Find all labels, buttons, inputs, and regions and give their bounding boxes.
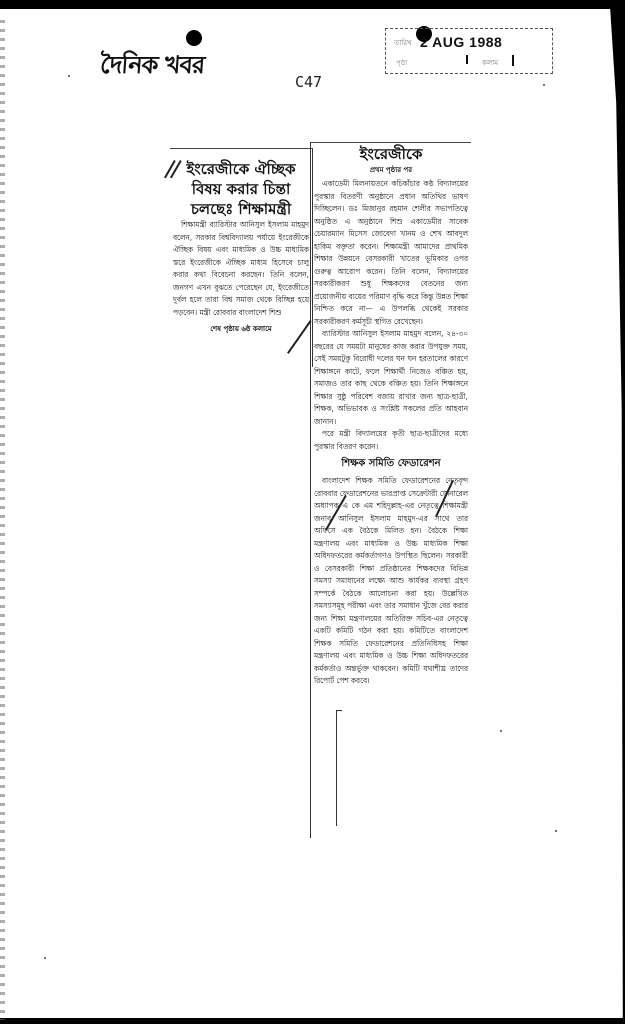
stamp-prefix: তারিখ	[394, 37, 412, 49]
article-clipping-left: ইংরেজীকে ঐচ্ছিক বিষয় করার চিন্তা চলছেঃ …	[170, 148, 313, 367]
article-right-body-2: বাংলাদেশ শিক্ষক সমিতি ফেডারেশনের নেতৃবৃন…	[311, 475, 471, 688]
continued-from-kicker: প্রথম পৃষ্ঠার পর	[311, 164, 471, 176]
article-left-body: শিক্ষামন্ত্রী ব্যারিস্টার আনিসুল ইসলাম ম…	[170, 219, 312, 319]
article-paragraph: পরে মন্ত্রী বিদ্যালয়ের কৃতী ছাত্র-ছাত্র…	[314, 428, 468, 453]
scan-speck	[68, 75, 70, 77]
headline-line: বিষয় করার চিন্তা	[170, 179, 312, 199]
scan-speck	[44, 957, 46, 959]
scan-speck	[543, 84, 545, 86]
scan-border-right	[603, 0, 625, 1024]
stamp-page-label: পৃষ্ঠা	[396, 57, 407, 69]
article-right-body: একাডেমী মিলনায়তনে কচিকাঁচার কণ্ঠ বিদ্যা…	[311, 178, 471, 453]
page-code: C47	[295, 73, 322, 91]
scan-speck	[555, 830, 557, 832]
date-stamp: তারিখ 2 AUG 1988 পৃষ্ঠা কলাম	[385, 28, 553, 74]
headline-line: চলছেঃ শিক্ষামন্ত্রী	[170, 199, 312, 219]
article-paragraph: শিক্ষামন্ত্রী ব্যারিস্টার আনিসুল ইসলাম ম…	[173, 219, 309, 319]
stamp-date: 2 AUG 1988	[420, 34, 502, 50]
headline-line: ইংরেজীকে ঐচ্ছিক	[170, 159, 312, 179]
punch-hole	[186, 30, 202, 46]
article-paragraph: ব্যারিস্টার আনিসুল ইসলাম মাহমুদ বলেন, ২৪…	[314, 328, 468, 428]
article-subhead: শিক্ষক সমিতি ফেডারেশন	[311, 456, 471, 473]
scan-border-top	[0, 0, 625, 9]
article-paragraph: একাডেমী মিলনায়তনে কচিকাঁচার কণ্ঠ বিদ্যা…	[314, 178, 468, 328]
stamp-column-label: কলাম	[482, 57, 498, 69]
scan-border-bottom	[0, 1018, 625, 1024]
scan-speck	[500, 730, 502, 732]
article-right-headline: ইংরেজীকে	[311, 145, 471, 163]
newspaper-masthead: দৈনিক খবর	[99, 47, 206, 87]
continued-note: শেষ পৃষ্ঠায় ৬ষ্ঠ কলামে	[170, 323, 312, 335]
stamp-column-mark	[512, 55, 514, 66]
pen-bracket-mark	[336, 710, 342, 826]
stamp-page-mark	[466, 55, 468, 64]
scan-border-left	[0, 20, 5, 1020]
article-left-headline: ইংরেজীকে ঐচ্ছিক বিষয় করার চিন্তা চলছেঃ …	[170, 159, 312, 219]
